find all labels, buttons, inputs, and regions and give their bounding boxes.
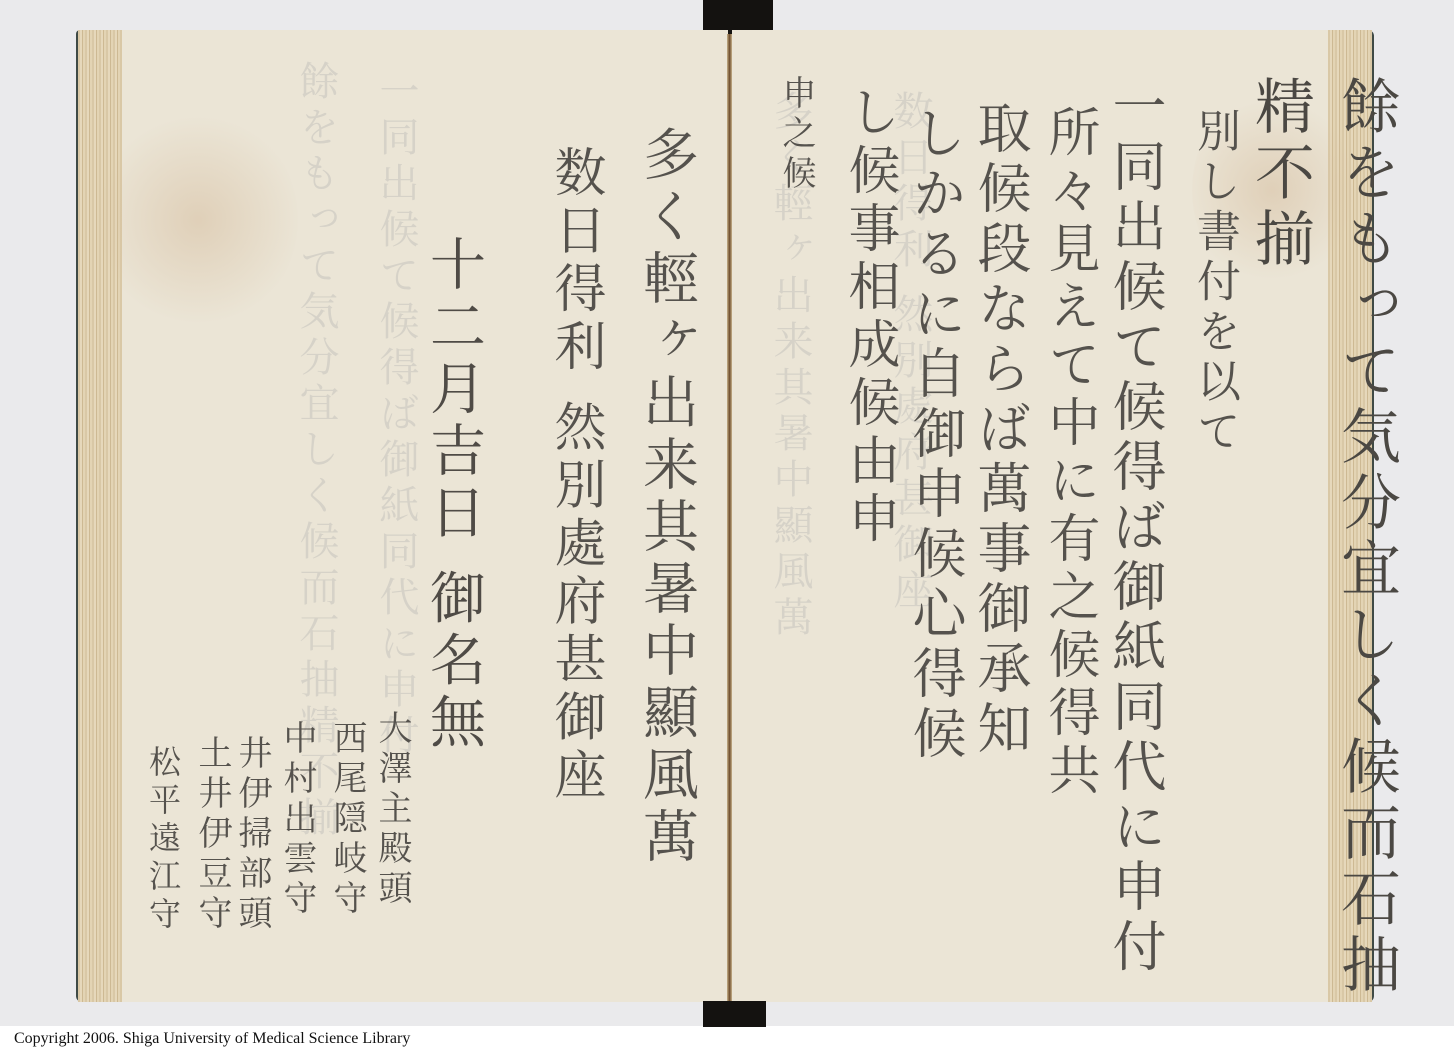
- right-page: 多く輕ヶ出来其暑中顯風萬 数日得利 然別處府甚御座 餘をもって気分宜しく候而石抽…: [732, 30, 1372, 1002]
- text-column: 餘をもって気分宜しく候而石抽精不揃: [1237, 75, 1409, 1002]
- binding-ribbon-bottom: [703, 1001, 766, 1027]
- text-column: 一同出候て候得ば御紙同代に申付: [1097, 78, 1174, 978]
- text-column: 多く輕ヶ出来其暑中顯風萬: [626, 125, 706, 869]
- text-column: しかるに自御申候心得候: [897, 105, 974, 765]
- signature: 大澤主殿頭: [368, 710, 417, 910]
- text-column: 十二月吉日 御名無: [413, 235, 493, 755]
- signature: 西尾隠岐守: [323, 720, 372, 920]
- text-column: 数日得利 然別處府甚御座: [538, 145, 613, 806]
- signature: 中村出雲守: [273, 720, 322, 920]
- text-column: 所々見えて中に有之候得共: [1032, 105, 1107, 801]
- manuscript-photo: 餘をもって気分宜しく候而石抽精不揃 一同出候て候得ば御紙同代に申付 多く輕ヶ出来…: [0, 0, 1454, 1026]
- signature: 松平遠江守: [140, 745, 186, 935]
- left-page: 餘をもって気分宜しく候而石抽精不揃 一同出候て候得ば御紙同代に申付 多く輕ヶ出来…: [78, 30, 728, 1002]
- signature: 土井伊豆守: [188, 735, 237, 935]
- copyright-caption: Copyright 2006. Shiga University of Medi…: [14, 1030, 410, 1048]
- binding-ribbon-top: [703, 0, 773, 34]
- text-column: 申之候: [772, 75, 821, 195]
- text-column: し候事相成候由申: [832, 85, 907, 549]
- water-stain: [98, 110, 298, 330]
- text-column: 別し書付を以て: [1182, 108, 1246, 458]
